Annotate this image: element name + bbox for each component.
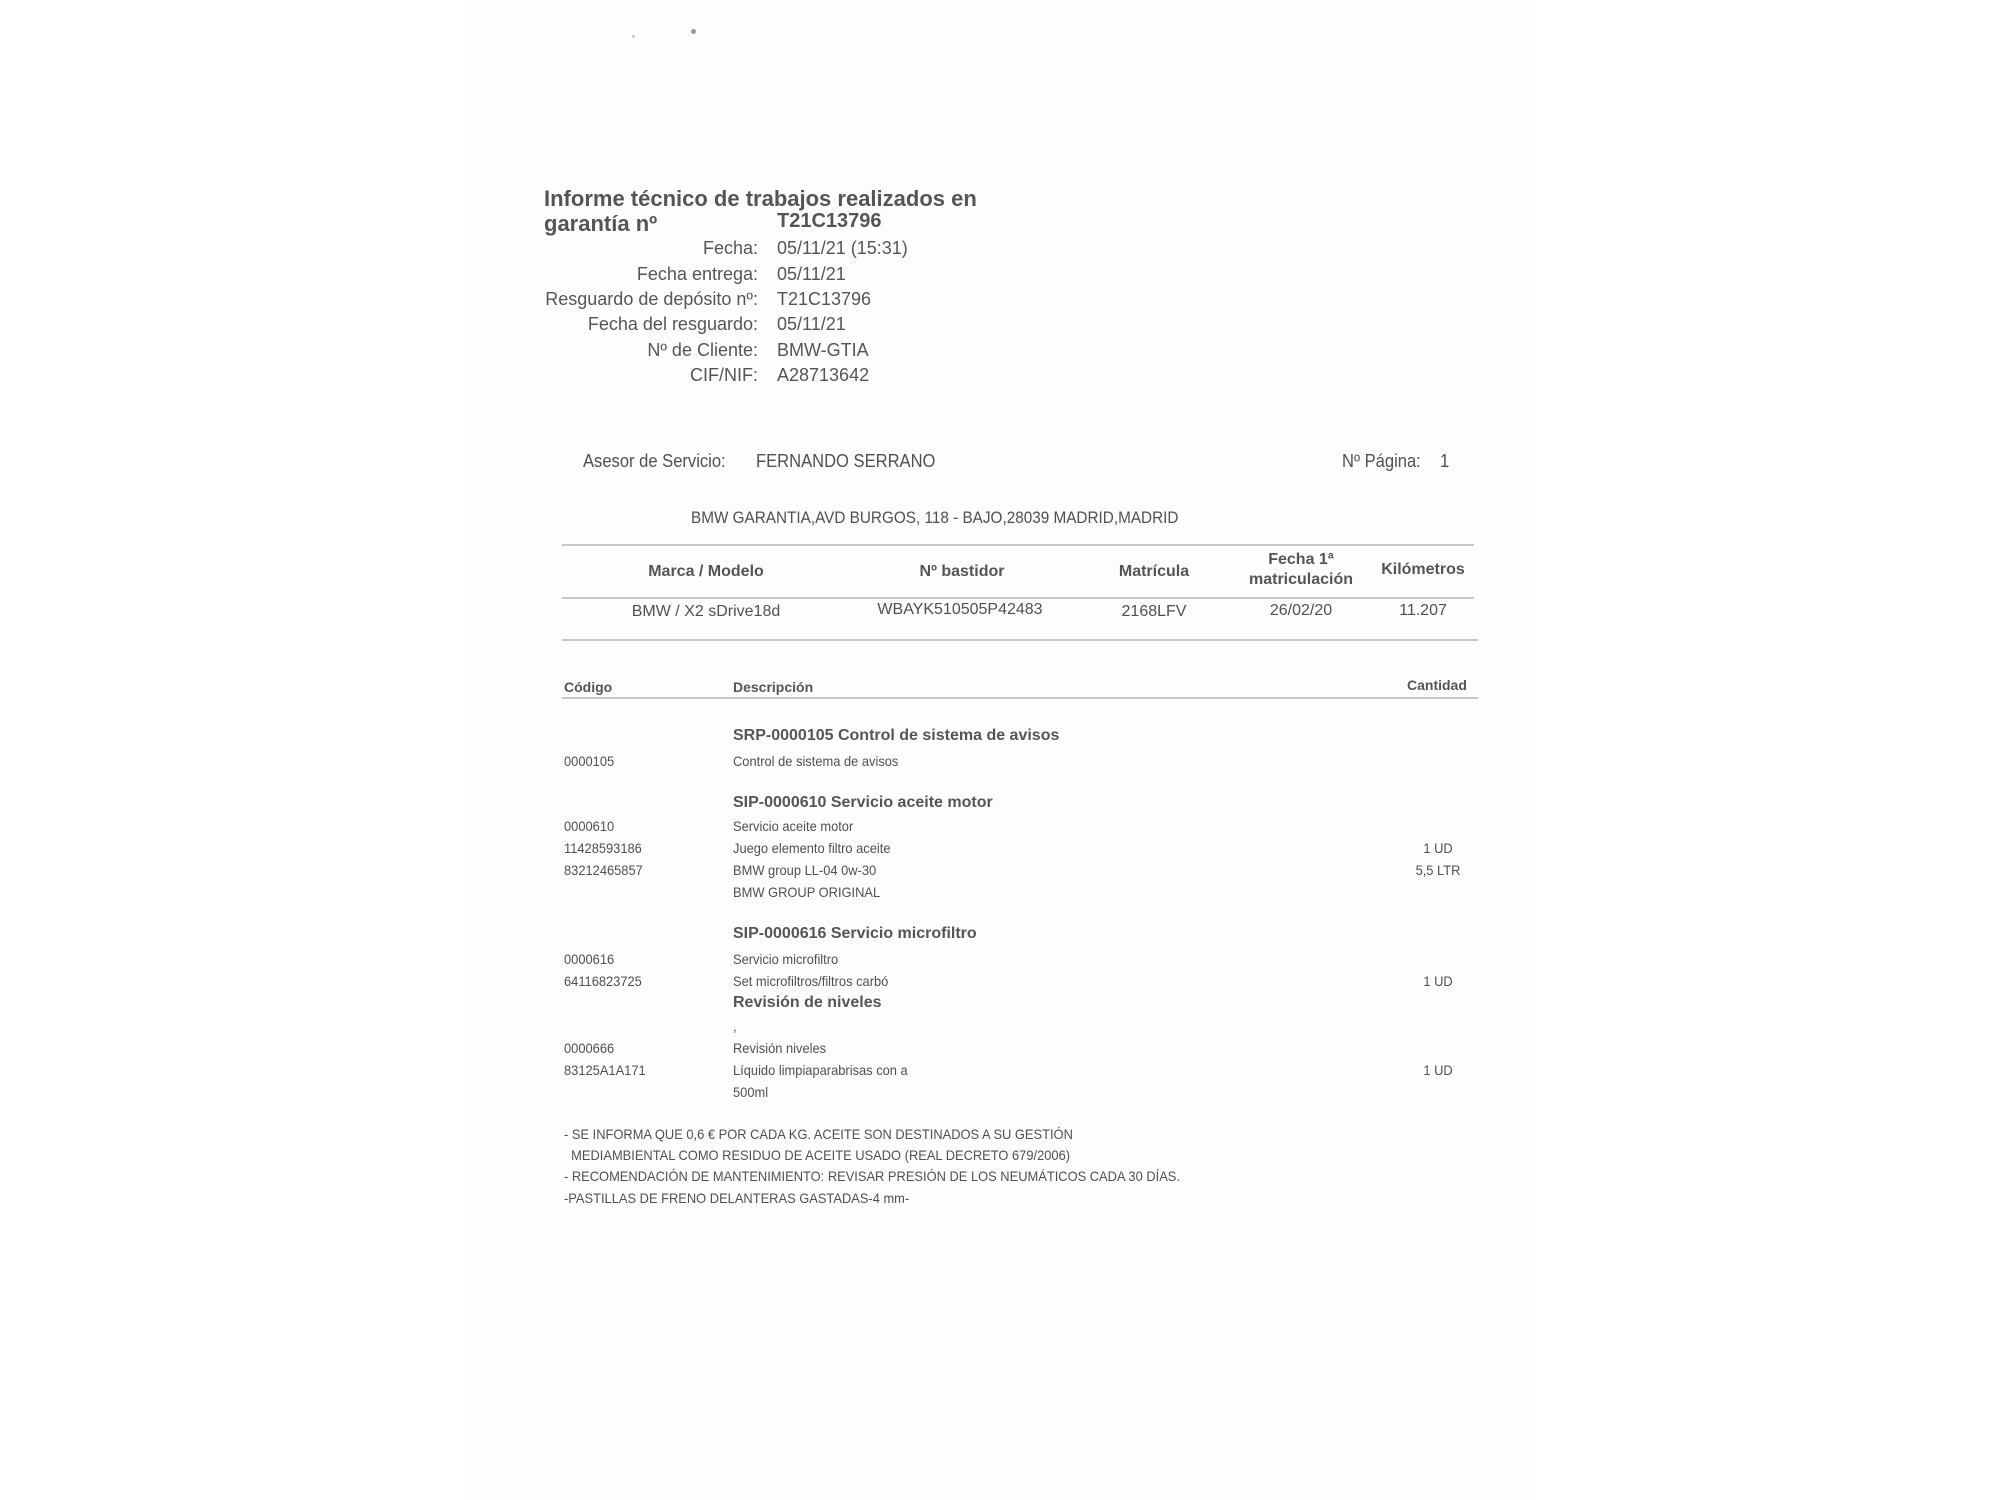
item-group-heading: SIP-0000610 Servicio aceite motor <box>733 794 993 812</box>
vehicle-header-km: Kilómetros <box>1381 560 1465 580</box>
divider <box>562 639 1478 641</box>
vehicle-model: BMW / X2 sDrive18d <box>632 603 780 621</box>
note-line: -PASTILLAS DE FRENO DELANTERAS GASTADAS-… <box>564 1190 909 1206</box>
field-label-fecha-entrega: Fecha entrega: <box>637 264 758 285</box>
note-line: MEDIAMBIENTAL COMO RESIDUO DE ACEITE USA… <box>564 1147 1070 1163</box>
item-description: Revisión niveles <box>733 1040 826 1056</box>
page-number: 1 <box>1440 451 1449 472</box>
item-code: 64116823725 <box>564 973 642 989</box>
item-description: Servicio microfiltro <box>733 951 838 967</box>
page-number-label: Nº Página: <box>1342 451 1421 472</box>
note-line: - SE INFORMA QUE 0,6 € POR CADA KG. ACEI… <box>564 1126 1073 1142</box>
field-label-fecha-resguardo: Fecha del resguardo: <box>588 314 758 335</box>
field-value-resguardo: T21C13796 <box>777 289 871 310</box>
field-value-fecha-resguardo: 05/11/21 <box>777 314 846 335</box>
item-description: , <box>733 1018 737 1034</box>
report-title-line2: garantía nº <box>544 211 657 236</box>
field-value-cliente: BMW-GTIA <box>777 340 869 361</box>
item-code: 83125A1A171 <box>564 1062 646 1078</box>
item-code: 0000105 <box>564 753 614 769</box>
item-description: Control de sistema de avisos <box>733 753 898 769</box>
item-quantity: 1 UD <box>1423 973 1452 989</box>
item-description: Set microfiltros/filtros carbó <box>733 973 888 989</box>
item-description: BMW group LL-04 0w-30 <box>733 862 876 878</box>
advisor-name: FERNANDO SERRANO <box>756 451 935 472</box>
advisor-label: Asesor de Servicio: <box>583 451 726 472</box>
vehicle-km: 11.207 <box>1399 602 1447 620</box>
item-quantity: 1 UD <box>1423 1062 1452 1078</box>
divider <box>562 697 1478 699</box>
note-line: - RECOMENDACIÓN DE MANTENIMIENTO: REVISA… <box>564 1168 1180 1184</box>
vehicle-header-model: Marca / Modelo <box>648 562 764 582</box>
report-number: T21C13796 <box>777 210 882 233</box>
item-quantity: 1 UD <box>1423 840 1452 856</box>
item-description: Servicio aceite motor <box>733 818 853 834</box>
item-description: Líquido limpiaparabrisas con a <box>733 1062 908 1078</box>
divider <box>562 544 1474 546</box>
scan-speck <box>691 29 696 34</box>
vehicle-first-registration: 26/02/20 <box>1270 602 1332 620</box>
item-group-heading: SIP-0000616 Servicio microfiltro <box>733 925 977 943</box>
vehicle-header-first-registration: Fecha 1ª matriculación <box>1249 550 1353 590</box>
field-label-cliente: Nº de Cliente: <box>647 340 758 361</box>
vehicle-header-plate: Matrícula <box>1119 562 1189 582</box>
field-value-fecha: 05/11/21 (15:31) <box>777 238 908 259</box>
vehicle-header-first-registration-line1: Fecha 1ª <box>1249 550 1353 570</box>
items-header-quantity: Cantidad <box>1407 677 1467 693</box>
vehicle-vin: WBAYK510505P42483 <box>877 601 1042 619</box>
items-header-description: Descripción <box>733 679 813 695</box>
field-value-fecha-entrega: 05/11/21 <box>777 264 846 285</box>
item-description: BMW GROUP ORIGINAL <box>733 884 880 900</box>
workshop-address: BMW GARANTIA,AVD BURGOS, 118 - BAJO,2803… <box>691 508 1178 528</box>
field-value-cif: A28713642 <box>777 365 869 386</box>
item-code: 0000616 <box>564 951 614 967</box>
scan-speck <box>632 35 635 38</box>
divider <box>562 597 1474 599</box>
field-label-fecha: Fecha: <box>703 238 758 259</box>
item-group-heading: SRP-0000105 Control de sistema de avisos <box>733 727 1059 745</box>
vehicle-header-vin: Nº bastidor <box>920 562 1005 582</box>
items-header-code: Código <box>564 679 612 695</box>
item-description: 500ml <box>733 1084 768 1100</box>
vehicle-header-first-registration-line2: matriculación <box>1249 570 1353 590</box>
item-group-heading: Revisión de niveles <box>733 994 882 1012</box>
item-code: 11428593186 <box>564 840 642 856</box>
item-code: 83212465857 <box>564 862 643 878</box>
field-label-resguardo: Resguardo de depósito nº: <box>545 289 758 310</box>
item-code: 0000610 <box>564 818 614 834</box>
report-title-line1: Informe técnico de trabajos realizados e… <box>544 186 977 211</box>
item-quantity: 5,5 LTR <box>1416 862 1461 878</box>
field-label-cif: CIF/NIF: <box>690 365 758 386</box>
item-code: 0000666 <box>564 1040 614 1056</box>
item-description: Juego elemento filtro aceite <box>733 840 891 856</box>
vehicle-plate: 2168LFV <box>1122 603 1187 621</box>
